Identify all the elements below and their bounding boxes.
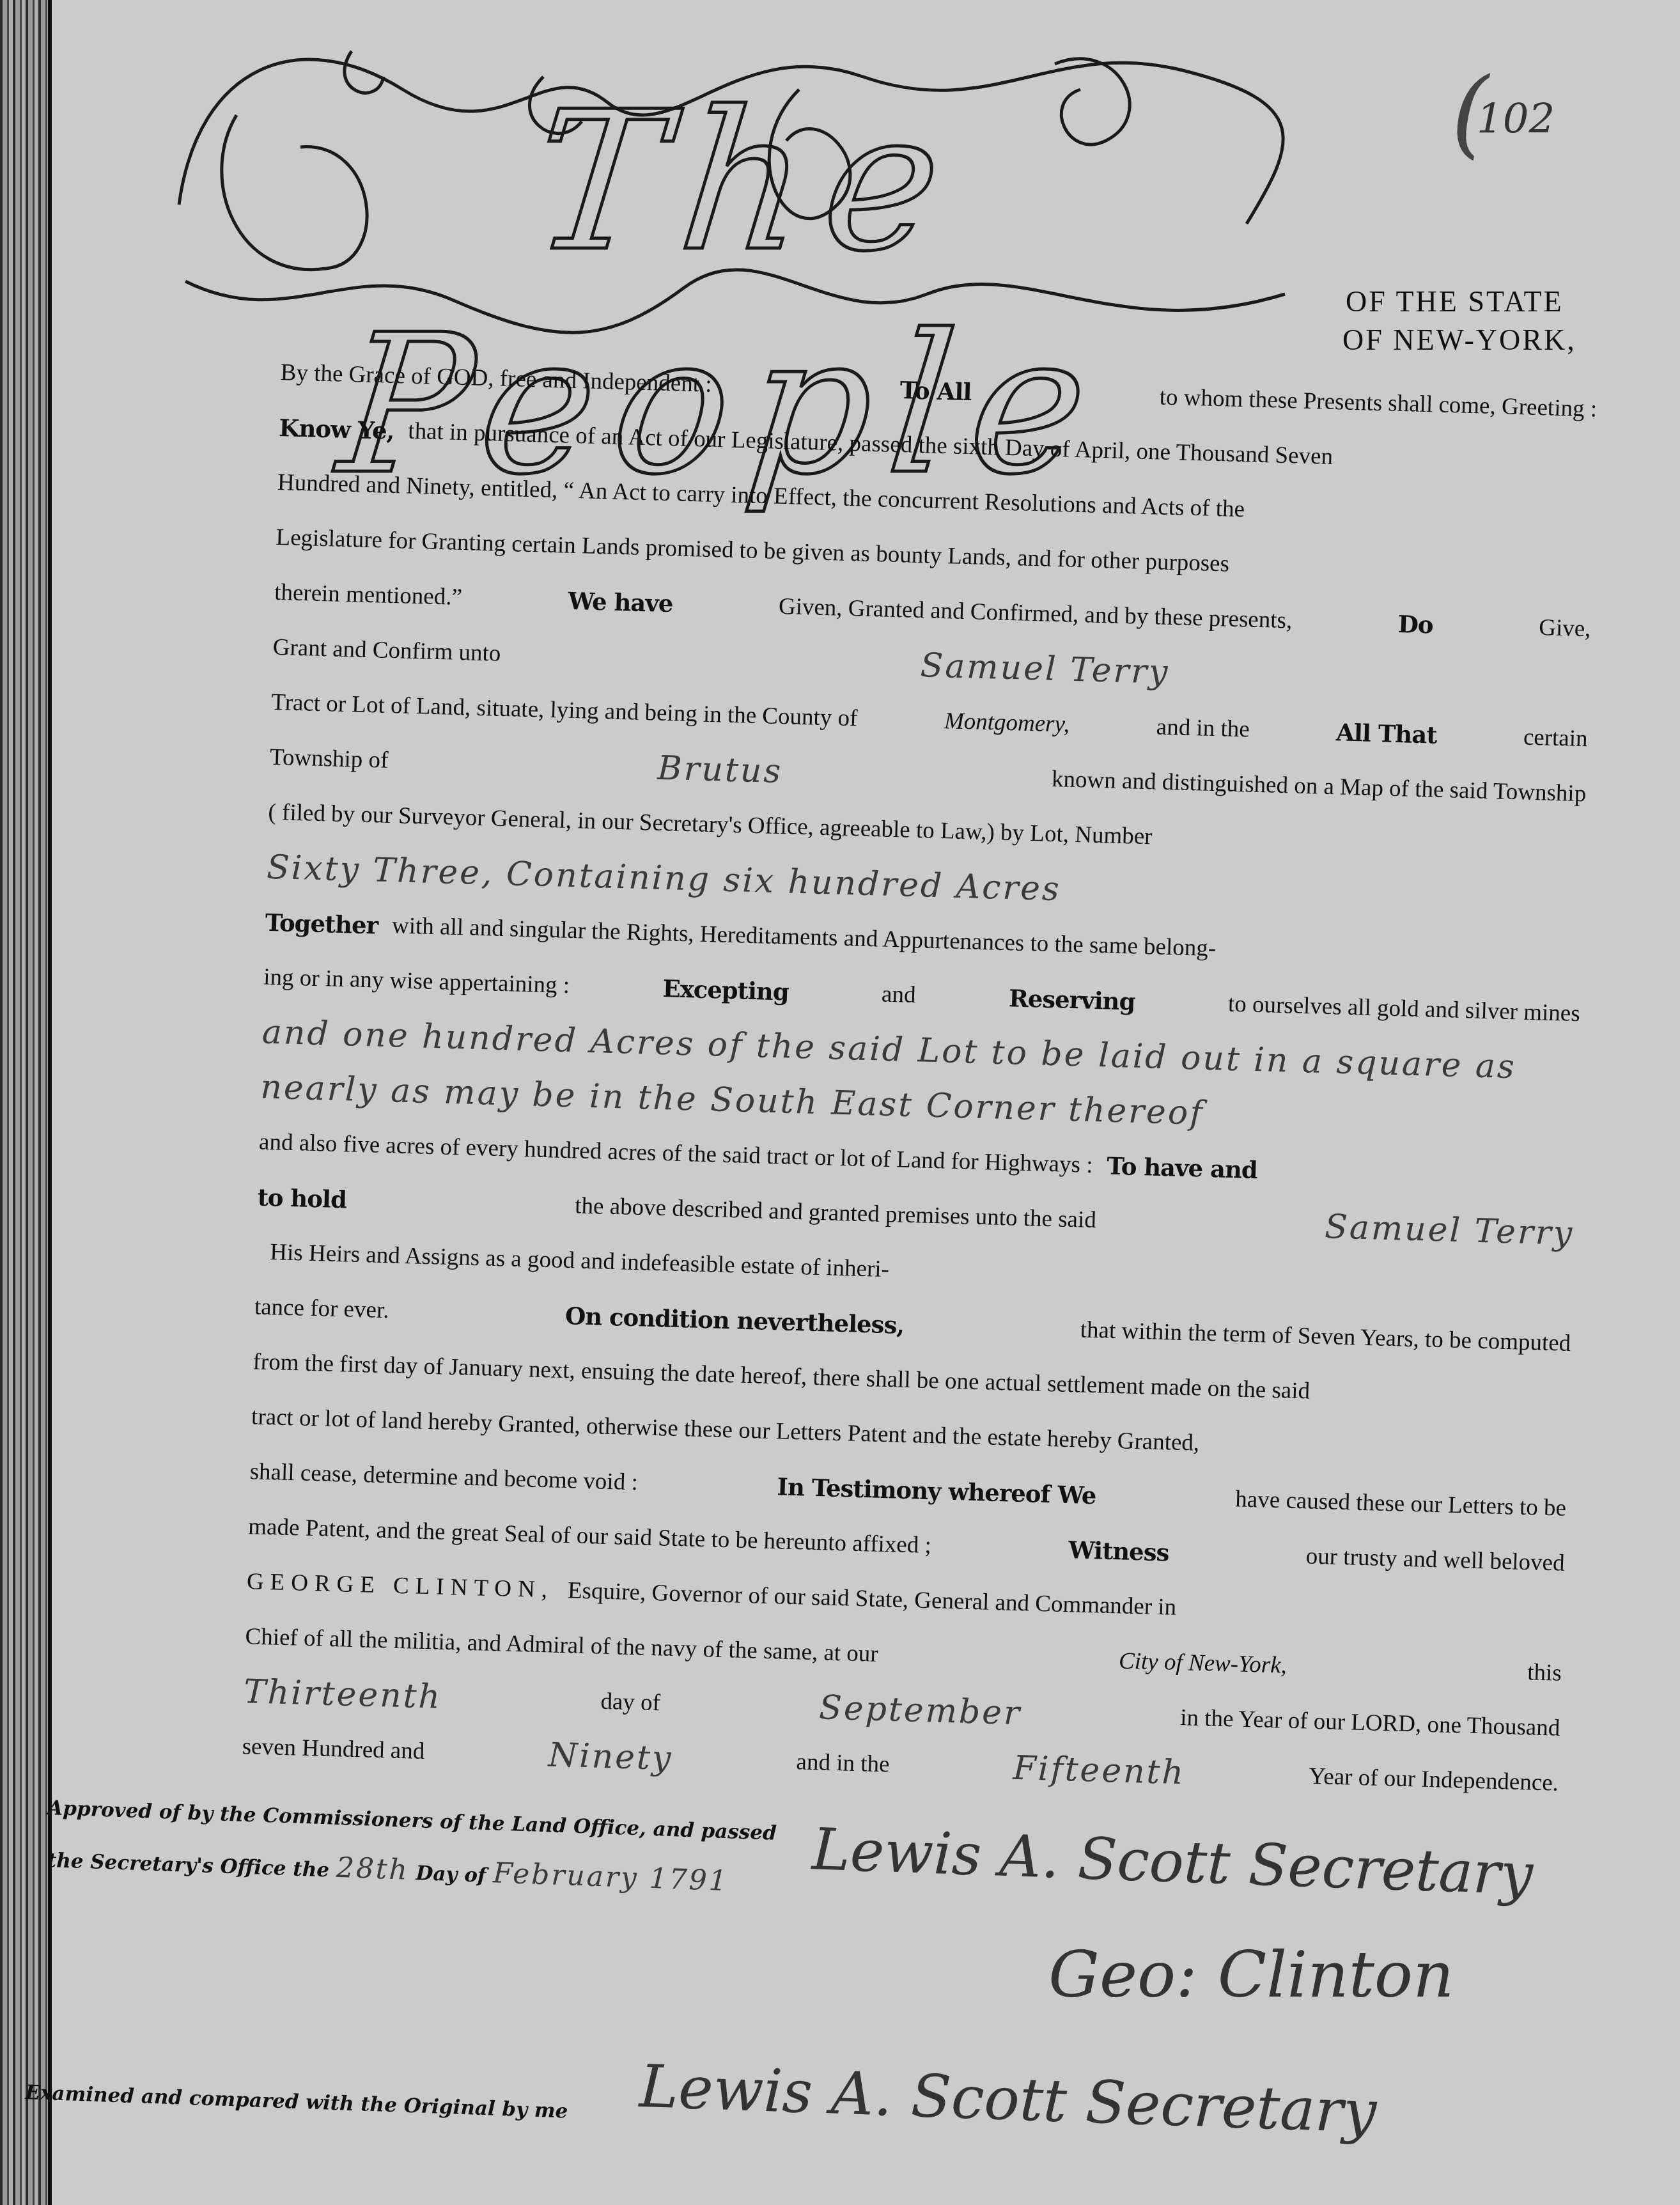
approval-mid: Day of — [416, 1862, 486, 1887]
blackletter-text: Together — [265, 895, 379, 953]
printed-text: and in the — [1156, 699, 1250, 757]
printed-text: Year of our Independence. — [1308, 1749, 1559, 1811]
printed-text: tance for ever. — [254, 1279, 390, 1338]
blackletter-text: To All — [899, 362, 972, 419]
handwritten-text: September — [818, 1680, 1022, 1741]
folio-number: 102 — [1477, 96, 1555, 143]
handwritten-text: Ninety — [547, 1728, 673, 1786]
printed-text: to ourselves all gold and silver mines — [1227, 977, 1581, 1041]
governor-signature: Geo: Clinton — [1048, 1937, 1454, 2012]
printed-text: in the Year of our LORD, one Thousand — [1179, 1690, 1561, 1756]
approval-day: 28th — [336, 1851, 410, 1887]
printed-text: ing or in any wise appertaining : — [263, 950, 570, 1013]
blackletter-text: To have and — [1106, 1139, 1258, 1198]
blackletter-text: On condition nevertheless, — [564, 1288, 905, 1353]
printed-text: have caused these our Letters to be — [1234, 1472, 1567, 1536]
printed-text: Grant and Confirm unto — [272, 620, 502, 682]
printed-text: seven Hundred and — [242, 1719, 426, 1779]
blackletter-text: Witness — [1068, 1522, 1169, 1580]
blackletter-text: Know Ye, — [278, 400, 394, 458]
blackletter-text: In Testimony whereof We — [777, 1459, 1097, 1523]
handwritten-text: Thirteenth — [243, 1664, 442, 1725]
book-binding-edge — [0, 0, 52, 2205]
printed-text: this — [1527, 1645, 1562, 1701]
handwritten-text: Brutus — [657, 741, 783, 799]
printed-text: day of — [600, 1674, 661, 1731]
printed-text: Give, — [1538, 600, 1592, 657]
blackletter-text: Reserving — [1008, 970, 1136, 1029]
printed-text: certain — [1523, 710, 1589, 767]
printed-text: and — [881, 967, 917, 1023]
state-line-2: OF NEW-YORK, — [1342, 323, 1576, 357]
printed-text: and in the — [795, 1734, 890, 1792]
ornamental-title: The People — [160, 13, 1311, 345]
printed-text: Township of — [269, 730, 389, 788]
printed-text: shall cease, determine and become void : — [249, 1444, 639, 1510]
printed-text: therein mentioned.” — [274, 565, 463, 625]
state-line-1: OF THE STATE — [1346, 284, 1564, 318]
italic-text: Montgomery, — [944, 694, 1071, 752]
blackletter-text: Do — [1397, 596, 1434, 652]
handwritten-text: Samuel Terry — [920, 638, 1171, 700]
printed-text: our trusty and well beloved — [1305, 1529, 1566, 1591]
blackletter-text: Excepting — [662, 961, 789, 1019]
italic-text: City of New-York, — [1118, 1633, 1287, 1693]
handwritten-text: Fifteenth — [1013, 1741, 1186, 1800]
document-body: By the Grace of GOD, free and Independen… — [242, 345, 1598, 1811]
blackletter-text: All That — [1335, 705, 1438, 762]
handwritten-text: Samuel Terry — [1324, 1199, 1575, 1261]
blackletter-text: to hold — [257, 1169, 348, 1227]
caps-text: GEORGE CLINTON, — [246, 1554, 554, 1617]
blackletter-text: We have — [567, 573, 673, 632]
